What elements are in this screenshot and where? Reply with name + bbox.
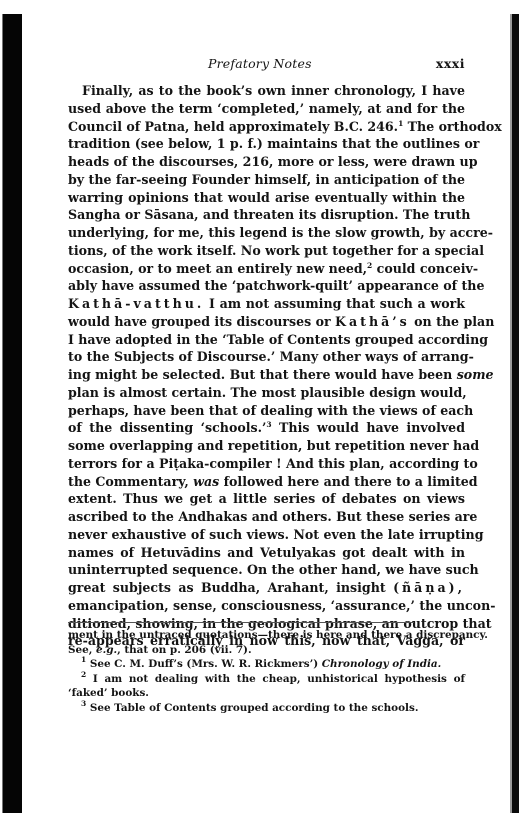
footnote-continuation: See, e.g., that on p. 206 (vii. 7). [68,643,465,658]
footnotes: ment in the untraced quotations—there is… [68,628,465,716]
italic-emphasis: some [457,367,494,382]
scan-border-left [3,14,22,813]
spaced-term-katha: Kathā’s [335,314,410,329]
text-line: occasion, or to meet an entirely new nee… [68,260,465,278]
spaced-term-nana: (ñāṇa), [393,580,465,595]
running-title: Prefatory Notes [208,56,312,71]
running-head: Prefatory Notes xxxi [68,56,465,74]
text-line: would have grouped its discourses or Kat… [68,313,465,331]
text-line: names of Hetuvādins and Vetulyakas got d… [68,544,465,562]
text-line: tions, of the work itself. No work put t… [68,242,465,260]
text-line: some overlapping and repetition, but rep… [68,437,465,455]
text-line: perhaps, have been that of dealing with … [68,402,465,420]
text-line: ascribed to the Andhakas and others. But… [68,508,465,526]
italic-emphasis: was [193,474,219,489]
text-line: the Commentary, was followed here and th… [68,473,465,491]
footnote-divider [68,622,414,623]
text-line: ably have assumed the ‘patchwork-quilt’ … [68,277,465,295]
text-line: uninterrupted sequence. On the other han… [68,561,465,579]
footnote-3: 3 See Table of Contents grouped accordin… [68,701,465,716]
text-line: I have adopted in the ‘Table of Contents… [68,331,465,349]
footnote-2: 2 I am not dealing with the cheap, unhis… [68,672,465,687]
text-line: plan is almost certain. The most plausib… [68,384,465,402]
footnote-continuation: ment in the untraced quotations—there is… [68,628,465,643]
spaced-title-kathavatthu: Kathā-vatthu. [68,296,204,311]
body-paragraph: Finally, as to the book’s own inner chro… [68,82,465,650]
text-line: Council of Patna, held approximately B.C… [68,118,465,136]
text-line: used above the term ‘completed,’ namely,… [68,100,465,118]
cited-title: Chronology of India. [322,658,442,670]
text-line: tradition (see below, 1 p. f.) maintains… [68,135,465,153]
text-line: terrors for a Piṭaka-compiler ! And this… [68,455,465,473]
text-line: warring opinions that would arise eventu… [68,189,465,207]
text-line: emancipation, sense, consciousness, ‘ass… [68,597,465,615]
text-line: Sangha or Sāsana, and threaten its disru… [68,206,465,224]
text-line: Kathā-vatthu. I am not assuming that suc… [68,295,465,313]
text-line: to the Subjects of Discourse.’ Many othe… [68,348,465,366]
text-line: ing might be selected. But that there wo… [68,366,465,384]
text-line: of the dissenting ‘schools.’3 This would… [68,419,465,437]
text-line: heads of the discourses, 216, more or le… [68,153,465,171]
scan-border-right [512,14,519,813]
text-line: great subjects as Buddha, Arahant, insig… [68,579,465,597]
text-line: Finally, as to the book’s own inner chro… [68,82,465,100]
text-line: by the far-seeing Founder himself, in an… [68,171,465,189]
text-line: extent. Thus we get a little series of d… [68,490,465,508]
text-line: never exhaustive of such views. Not even… [68,526,465,544]
page-number: xxxi [436,56,465,71]
footnote-1: 1 See C. M. Duff’s (Mrs. W. R. Rickmers’… [68,657,465,672]
text-line: underlying, for me, this legend is the s… [68,224,465,242]
footnote-2-continuation: ‘faked’ books. [68,686,465,701]
